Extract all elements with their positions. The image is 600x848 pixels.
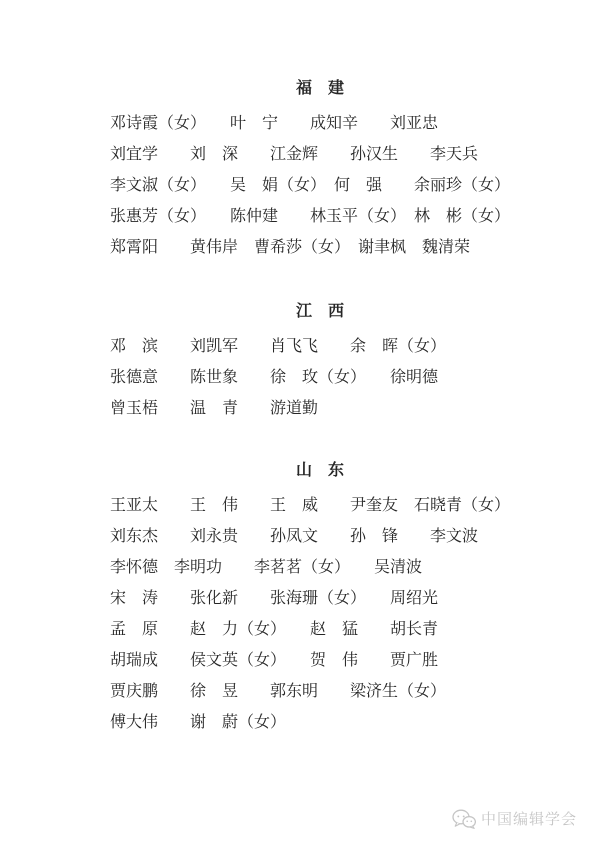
wechat-logo-icon <box>452 809 476 829</box>
name-row: 邓诗霞（女） 叶 宁 成知辛 刘亚忠 <box>0 108 600 139</box>
name-row: 胡瑞成 侯文英（女） 贺 伟 贾广胜 <box>0 645 600 676</box>
name-row: 张惠芳（女） 陈仲建 林玉平（女） 林 彬（女） <box>0 201 600 232</box>
name-row: 刘东杰 刘永贵 孙凤文 孙 锋 李文波 <box>0 521 600 552</box>
name-row: 刘宜学 刘 深 江金辉 孙汉生 李天兵 <box>0 139 600 170</box>
section-shandong: 山 东 王亚太 王 伟 王 威 尹奎友 石晓青（女） 刘东杰 刘永贵 孙凤文 孙… <box>0 460 600 738</box>
name-row: 李怀德 李明功 李茗茗（女） 吴清波 <box>0 552 600 583</box>
section-title-fujian: 福 建 <box>0 78 600 100</box>
name-row: 李文淑（女） 吴 娟（女） 何 强 余丽珍（女） <box>0 170 600 201</box>
watermark-text: 中国编辑学会 <box>481 808 577 829</box>
name-row: 张德意 陈世象 徐 玫（女） 徐明德 <box>0 362 600 393</box>
document-page: 福 建 邓诗霞（女） 叶 宁 成知辛 刘亚忠 刘宜学 刘 深 江金辉 孙汉生 李… <box>0 0 600 848</box>
name-row: 曾玉梧 温 青 游道勤 <box>0 393 600 424</box>
section-fujian: 福 建 邓诗霞（女） 叶 宁 成知辛 刘亚忠 刘宜学 刘 深 江金辉 孙汉生 李… <box>0 78 600 263</box>
name-row: 郑霄阳 黄伟岸 曹希莎（女） 谢聿枫 魏清荣 <box>0 232 600 263</box>
name-row: 宋 涛 张化新 张海珊（女） 周绍光 <box>0 583 600 614</box>
name-row: 孟 原 赵 力（女） 赵 猛 胡长青 <box>0 614 600 645</box>
name-row: 贾庆鹏 徐 昱 郭东明 梁济生（女） <box>0 676 600 707</box>
name-row: 王亚太 王 伟 王 威 尹奎友 石晓青（女） <box>0 490 600 521</box>
name-row: 傅大伟 谢 蔚（女） <box>0 707 600 738</box>
name-row: 邓 滨 刘凯军 肖飞飞 余 晖（女） <box>0 331 600 362</box>
section-jiangxi: 江 西 邓 滨 刘凯军 肖飞飞 余 晖（女） 张德意 陈世象 徐 玫（女） 徐明… <box>0 301 600 424</box>
section-title-shandong: 山 东 <box>0 460 600 482</box>
watermark: 中国编辑学会 <box>452 808 577 829</box>
section-title-jiangxi: 江 西 <box>0 301 600 323</box>
